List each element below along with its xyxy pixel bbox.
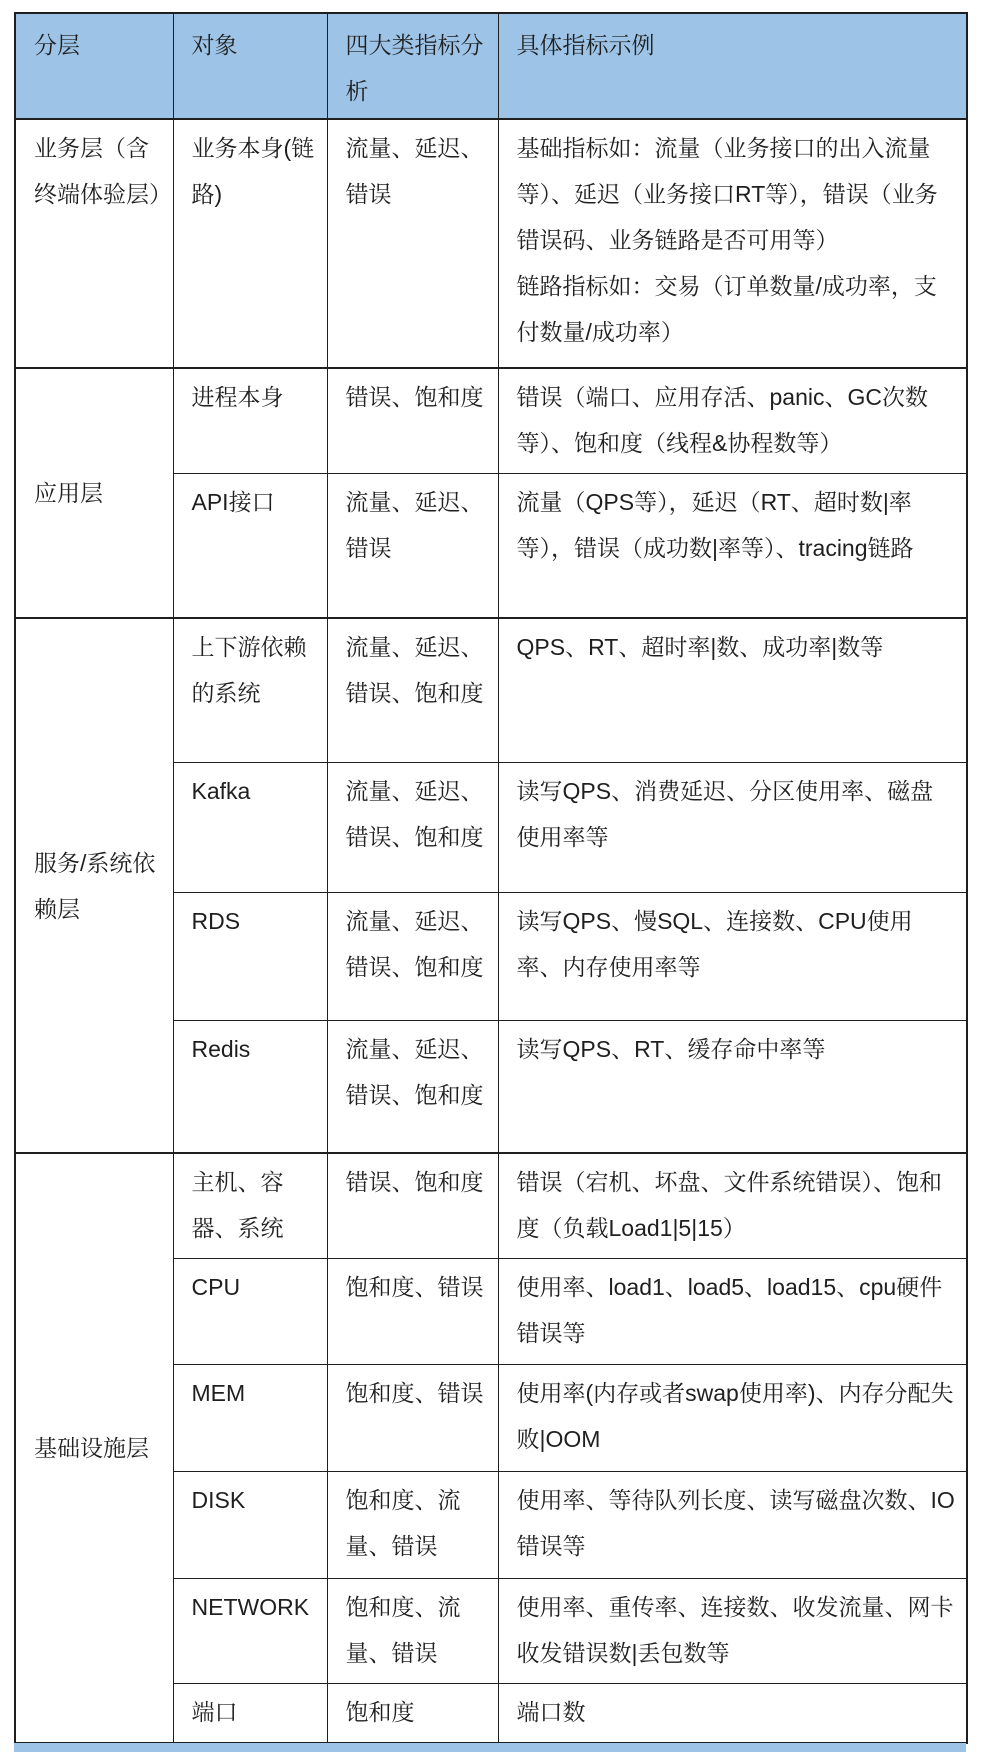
categories-cell: 饱和度、流量、错误	[327, 1471, 498, 1578]
categories-cell: 流量、延迟、错误、饱和度	[327, 618, 498, 762]
object-cell: Redis	[173, 1020, 327, 1153]
categories-cell: 饱和度、流量、错误	[327, 1578, 498, 1683]
examples-cell: 基础指标如：流量（业务接口的出入流量等）、延迟（业务接口RT等），错误（业务错误…	[498, 119, 967, 368]
object-cell: 业务本身(链路)	[173, 119, 327, 368]
categories-cell: 流量、延迟、错误、饱和度	[327, 1020, 498, 1153]
table-row: 应用层 进程本身 错误、饱和度 错误（端口、应用存活、panic、GC次数等）、…	[15, 368, 967, 473]
object-cell: RDS	[173, 892, 327, 1020]
column-header-layer: 分层	[15, 13, 173, 119]
categories-cell: 饱和度、错误	[327, 1258, 498, 1364]
object-cell: API接口	[173, 473, 327, 618]
object-cell: 主机、容器、系统	[173, 1153, 327, 1258]
object-cell: MEM	[173, 1364, 327, 1471]
categories-cell: 流量、延迟、错误、饱和度	[327, 892, 498, 1020]
header-row: 分层 对象 四大类指标分析 具体指标示例	[15, 13, 967, 119]
object-cell: 进程本身	[173, 368, 327, 473]
categories-cell: 错误、饱和度	[327, 1153, 498, 1258]
layer-cell-infrastructure: 基础设施层	[15, 1153, 173, 1743]
object-cell: DISK	[173, 1471, 327, 1578]
categories-cell: 饱和度	[327, 1683, 498, 1743]
layer-cell-dependency: 服务/系统依赖层	[15, 618, 173, 1153]
examples-cell: 端口数	[498, 1683, 967, 1743]
categories-cell: 流量、延迟、错误	[327, 473, 498, 618]
examples-cell: 错误（端口、应用存活、panic、GC次数等）、饱和度（线程&协程数等）	[498, 368, 967, 473]
document-page: 分层 对象 四大类指标分析 具体指标示例 业务层（含终端体验层） 业务本身(链路…	[0, 0, 985, 1752]
categories-cell: 流量、延迟、错误	[327, 119, 498, 368]
examples-cell: 使用率(内存或者swap使用率)、内存分配失败|OOM	[498, 1364, 967, 1471]
examples-cell: 读写QPS、慢SQL、连接数、CPU使用率、内存使用率等	[498, 892, 967, 1020]
layer-cell-business: 业务层（含终端体验层）	[15, 119, 173, 368]
column-header-object: 对象	[173, 13, 327, 119]
categories-cell: 流量、延迟、错误、饱和度	[327, 762, 498, 892]
table-row: 服务/系统依赖层 上下游依赖的系统 流量、延迟、错误、饱和度 QPS、RT、超时…	[15, 618, 967, 762]
object-cell: 端口	[173, 1683, 327, 1743]
examples-cell: 读写QPS、RT、缓存命中率等	[498, 1020, 967, 1153]
examples-cell: 使用率、重传率、连接数、收发流量、网卡收发错误数|丢包数等	[498, 1578, 967, 1683]
object-cell: 上下游依赖的系统	[173, 618, 327, 762]
layer-cell-application: 应用层	[15, 368, 173, 618]
table-row: 基础设施层 主机、容器、系统 错误、饱和度 错误（宕机、坏盘、文件系统错误）、饱…	[15, 1153, 967, 1258]
object-cell: Kafka	[173, 762, 327, 892]
examples-cell: QPS、RT、超时率|数、成功率|数等	[498, 618, 967, 762]
examples-cell: 使用率、load1、load5、load15、cpu硬件错误等	[498, 1258, 967, 1364]
column-header-categories: 四大类指标分析	[327, 13, 498, 119]
categories-cell: 错误、饱和度	[327, 368, 498, 473]
next-table-header-strip	[14, 1743, 966, 1752]
categories-cell: 饱和度、错误	[327, 1364, 498, 1471]
examples-cell: 使用率、等待队列长度、读写磁盘次数、IO错误等	[498, 1471, 967, 1578]
object-cell: NETWORK	[173, 1578, 327, 1683]
examples-cell: 错误（宕机、坏盘、文件系统错误）、饱和度（负载Load1|5|15）	[498, 1153, 967, 1258]
column-header-examples: 具体指标示例	[498, 13, 967, 119]
object-cell: CPU	[173, 1258, 327, 1364]
metrics-table: 分层 对象 四大类指标分析 具体指标示例 业务层（含终端体验层） 业务本身(链路…	[14, 12, 968, 1744]
examples-cell: 读写QPS、消费延迟、分区使用率、磁盘使用率等	[498, 762, 967, 892]
examples-cell: 流量（QPS等），延迟（RT、超时数|率等），错误（成功数|率等）、tracin…	[498, 473, 967, 618]
table-row: 业务层（含终端体验层） 业务本身(链路) 流量、延迟、错误 基础指标如：流量（业…	[15, 119, 967, 368]
